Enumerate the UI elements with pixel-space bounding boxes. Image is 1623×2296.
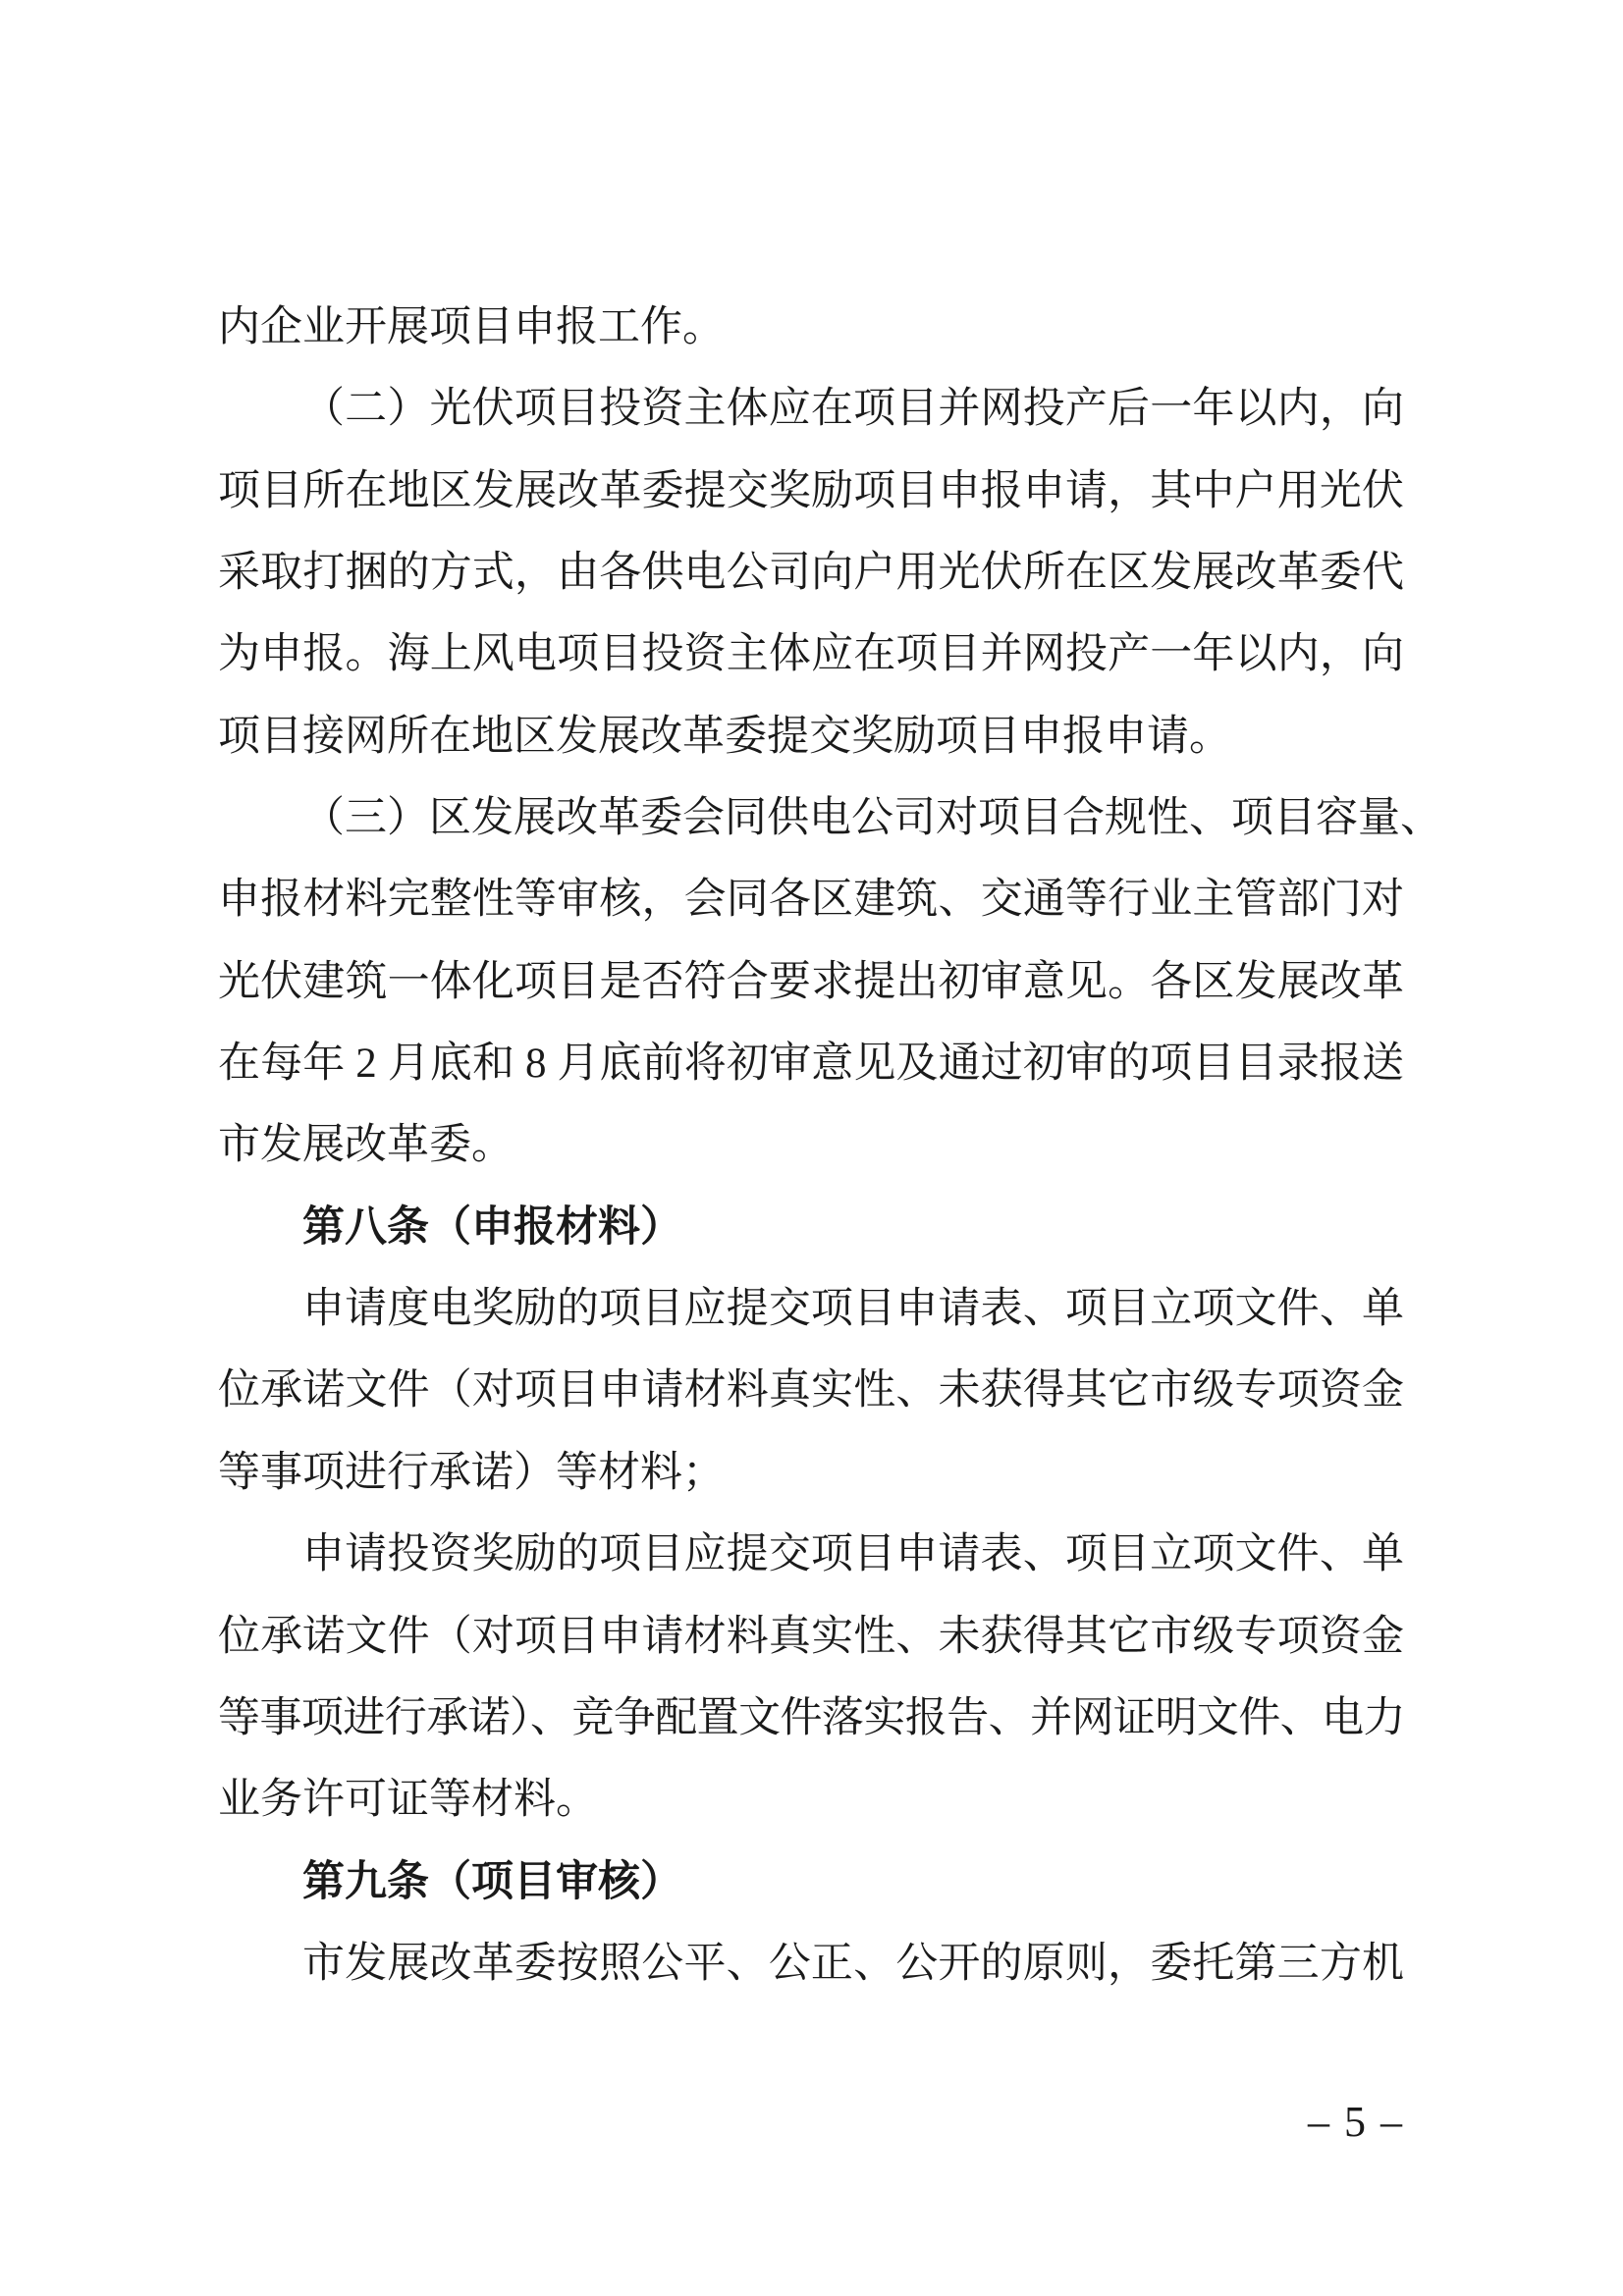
body-line: 申请度电奖励的项目应提交项目申请表、项目立项文件、单	[218, 1268, 1404, 1350]
page-number: – 5 –	[1308, 2097, 1404, 2148]
body-line: 项目接网所在地区发展改革委提交奖励项目申报申请。	[218, 696, 1404, 777]
body-line: 申报材料完整性等审核，会同各区建筑、交通等行业主管部门对	[218, 859, 1404, 940]
body-line: 在每年 2 月底和 8 月底前将初审意见及通过初审的项目目录报送	[218, 1023, 1404, 1104]
body-line: 为申报。海上风电项目投资主体应在项目并网投产一年以内，向	[218, 614, 1404, 695]
document-page: 内企业开展项目申报工作。 （二）光伏项目投资主体应在项目并网投产后一年以内，向 …	[0, 0, 1623, 2296]
body-line: （二）光伏项目投资主体应在项目并网投产后一年以内，向	[218, 368, 1404, 450]
body-line: 等事项进行承诺）、竞争配置文件落实报告、并网证明文件、电力	[218, 1678, 1404, 1759]
body-line: 项目所在地区发展改革委提交奖励项目申报申请，其中户用光伏	[218, 451, 1404, 532]
body-line: 光伏建筑一体化项目是否符合要求提出初审意见。各区发展改革	[218, 941, 1404, 1023]
body-line: （三）区发展改革委会同供电公司对项目合规性、项目容量、	[218, 777, 1404, 859]
document-body: 内企业开展项目申报工作。 （二）光伏项目投资主体应在项目并网投产后一年以内，向 …	[218, 287, 1404, 2004]
article-heading: 第九条（项目审核）	[218, 1842, 1404, 1923]
body-line: 内企业开展项目申报工作。	[218, 287, 1404, 368]
body-line: 市发展改革委按照公平、公正、公开的原则，委托第三方机	[218, 1923, 1404, 2004]
body-line: 等事项进行承诺）等材料；	[218, 1432, 1404, 1514]
body-line: 采取打捆的方式，由各供电公司向户用光伏所在区发展改革委代	[218, 532, 1404, 614]
body-line: 市发展改革委。	[218, 1104, 1404, 1186]
body-line: 位承诺文件（对项目申请材料真实性、未获得其它市级专项资金	[218, 1596, 1404, 1678]
body-line: 业务许可证等材料。	[218, 1759, 1404, 1841]
body-line: 位承诺文件（对项目申请材料真实性、未获得其它市级专项资金	[218, 1350, 1404, 1431]
body-line: 申请投资奖励的项目应提交项目申请表、项目立项文件、单	[218, 1514, 1404, 1595]
article-heading: 第八条（申报材料）	[218, 1187, 1404, 1268]
